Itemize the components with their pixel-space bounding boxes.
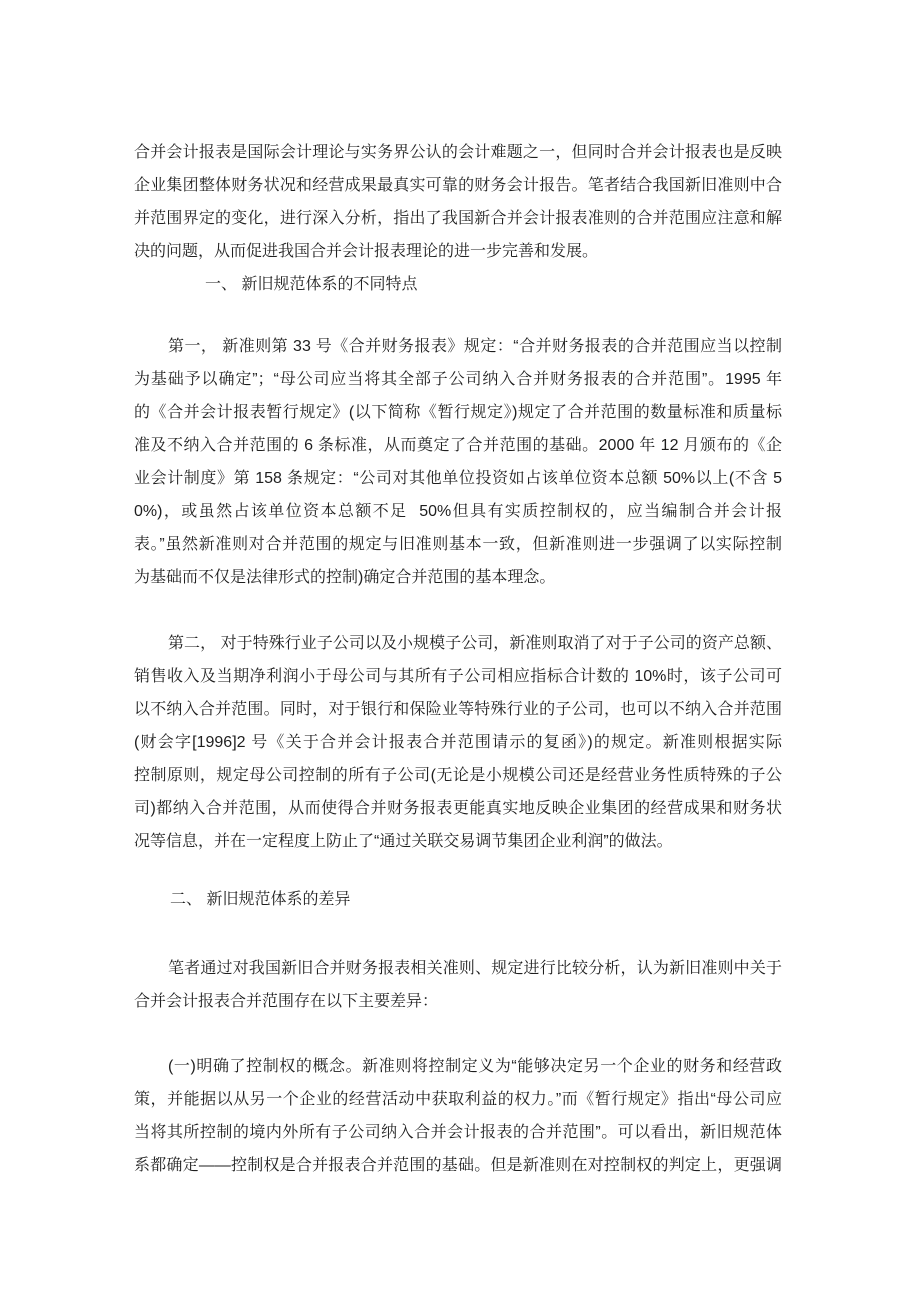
paragraph: 笔者通过对我国新旧合并财务报表相关准则、规定进行比较分析，认为新旧准则中关于合并… (134, 952, 782, 1018)
text-line: 当将其所控制的境内外所有子公司纳入合并会计报表的合并范围”。可以看出，新旧规范体 (134, 1116, 782, 1149)
text-line: 第一， 新准则第 33 号《合并财务报表》规定：“合并财务报表的合并范围应当以控… (134, 330, 782, 363)
text-line: 第二， 对于特殊行业子公司以及小规模子公司，新准则取消了对于子公司的资产总额、 (134, 627, 782, 660)
section-heading: 一、 新旧规范体系的不同特点 (134, 268, 782, 301)
text-line: 销售收入及当期净利润小于母公司与其所有子公司相应指标合计数的 10%时，该子公司… (134, 660, 782, 693)
text-line: 合并会计报表是国际会计理论与实务界公认的会计难题之一，但同时合并会计报表也是反映 (134, 136, 782, 169)
text-line: 决的问题，从而促进我国合并会计报表理论的进一步完善和发展。 (134, 235, 782, 268)
text-line: 业会计制度》第 158 条规定：“公司对其他单位投资如占该单位资本总额 50%以… (134, 462, 782, 495)
text-line: 控制原则，规定母公司控制的所有子公司(无论是小规模公司还是经营业务性质特殊的子公 (134, 759, 782, 792)
text-line: 合并会计报表合并范围存在以下主要差异： (134, 985, 782, 1018)
text-line: 况等信息，并在一定程度上防止了“通过关联交易调节集团企业利润”的做法。 (134, 825, 782, 858)
text-line: 0%)，或虽然占该单位资本总额不足 50%但具有实质控制权的，应当编制合并会计报 (134, 495, 782, 528)
text-line: (财会字[1996]2 号《关于合并会计报表合并范围请示的复函》)的规定。新准则… (134, 726, 782, 759)
text-line: 的《合并会计报表暂行规定》(以下简称《暂行规定》)规定了合并范围的数量标准和质量… (134, 396, 782, 429)
document-page: 合并会计报表是国际会计理论与实务界公认的会计难题之一，但同时合并会计报表也是反映… (0, 0, 920, 1302)
section-heading: 二、 新旧规范体系的差异 (134, 883, 782, 916)
text-line: 二、 新旧规范体系的差异 (134, 883, 782, 916)
paragraph: (一)明确了控制权的概念。新准则将控制定义为“能够决定另一个企业的财务和经营政策… (134, 1050, 782, 1182)
text-line: 一、 新旧规范体系的不同特点 (134, 268, 782, 301)
text-line: 系都确定——控制权是合并报表合并范围的基础。但是新准则在对控制权的判定上，更强调 (134, 1149, 782, 1182)
text-line: 司)都纳入合并范围，从而使得合并财务报表更能真实地反映企业集团的经营成果和财务状 (134, 792, 782, 825)
text-line: 为基础而不仅是法律形式的控制)确定合并范围的基本理念。 (134, 561, 782, 594)
text-line: (一)明确了控制权的概念。新准则将控制定义为“能够决定另一个企业的财务和经营政 (134, 1050, 782, 1083)
text-line: 笔者通过对我国新旧合并财务报表相关准则、规定进行比较分析，认为新旧准则中关于 (134, 952, 782, 985)
paragraph: 第一， 新准则第 33 号《合并财务报表》规定：“合并财务报表的合并范围应当以控… (134, 330, 782, 594)
text-line: 以不纳入合并范围。同时，对于银行和保险业等特殊行业的子公司，也可以不纳入合并范围 (134, 693, 782, 726)
text-line: 企业集团整体财务状况和经营成果最真实可靠的财务会计报告。笔者结合我国新旧准则中合 (134, 169, 782, 202)
paragraph: 第二， 对于特殊行业子公司以及小规模子公司，新准则取消了对于子公司的资产总额、销… (134, 627, 782, 858)
text-line: 准及不纳入合并范围的 6 条标准，从而奠定了合并范围的基础。2000 年 12 … (134, 429, 782, 462)
paragraph: 合并会计报表是国际会计理论与实务界公认的会计难题之一，但同时合并会计报表也是反映… (134, 136, 782, 268)
text-line: 策，并能据以从另一个企业的经营活动中获取利益的权力。”而《暂行规定》指出“母公司… (134, 1083, 782, 1116)
text-line: 表。”虽然新准则对合并范围的规定与旧准则基本一致，但新准则进一步强调了以实际控制 (134, 528, 782, 561)
text-line: 并范围界定的变化，进行深入分析，指出了我国新合并会计报表准则的合并范围应注意和解 (134, 202, 782, 235)
text-line: 为基础予以确定”；“母公司应当将其全部子公司纳入合并财务报表的合并范围”。199… (134, 363, 782, 396)
